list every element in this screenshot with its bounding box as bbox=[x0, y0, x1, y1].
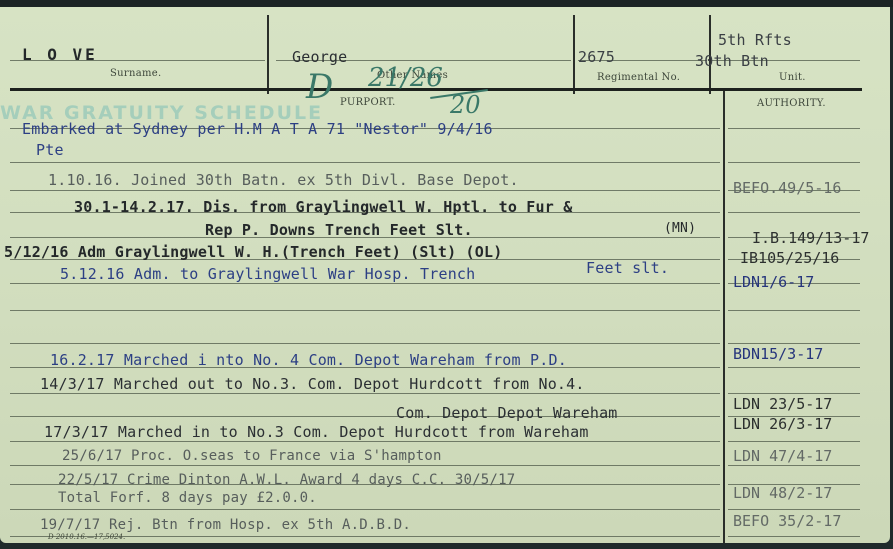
authority-row-rule bbox=[728, 465, 860, 466]
purport-text: Total Forf. 8 days pay £2.0.0. bbox=[58, 490, 317, 506]
purport-text: 16.2.17 Marched i nto No. 4 Com. Depot W… bbox=[50, 351, 567, 369]
authority-text: BEFO 35/2-17 bbox=[733, 512, 841, 530]
authority-row-rule bbox=[728, 128, 860, 129]
purport-row-rule bbox=[10, 343, 720, 344]
divider-surname bbox=[267, 15, 269, 94]
regimental-no-label: Regimental No. bbox=[597, 72, 680, 83]
unit-value-line2: 30th Btn bbox=[695, 52, 769, 70]
service-record-card: L O VE Surname. George Other Names 2675 … bbox=[0, 7, 890, 543]
authority-row-rule bbox=[728, 343, 860, 344]
purport-text: 17/3/17 Marched in to No.3 Com. Depot Hu… bbox=[44, 423, 589, 441]
authority-column-divider bbox=[723, 91, 725, 543]
form-code: D 2010.16.—17,5024. bbox=[48, 533, 125, 541]
authority-row-rule bbox=[728, 441, 860, 442]
purport-row-rule bbox=[10, 441, 720, 442]
purport-text: 1.10.16. Joined 30th Batn. ex 5th Divl. … bbox=[48, 171, 519, 189]
authority-text: LDN1/6-17 bbox=[733, 273, 814, 291]
authority-text: LDN 48/2-17 bbox=[733, 484, 832, 502]
handwritten-fraction-top: 21/26 bbox=[368, 63, 443, 93]
authority-row-rule bbox=[728, 509, 860, 510]
regimental-no-value: 2675 bbox=[578, 48, 615, 66]
purport-row-rule bbox=[10, 465, 720, 466]
handwritten-fraction-bottom: 20 bbox=[450, 91, 481, 119]
authority-row-rule bbox=[728, 162, 860, 163]
purport-row-rule bbox=[10, 310, 720, 311]
authority-text: LDN 23/5-17 bbox=[733, 395, 832, 413]
purport-text: 5.12.16 Adm. to Graylingwell War Hosp. T… bbox=[60, 265, 475, 283]
purport-extra-text: (MN) bbox=[664, 221, 696, 236]
authority-row-rule bbox=[728, 212, 860, 213]
purport-text: Embarked at Sydney per H.M A T A 71 "Nes… bbox=[22, 120, 493, 138]
purport-text: 5/12/16 Adm Graylingwell W. H.(Trench Fe… bbox=[4, 243, 502, 261]
handwritten-initial: D bbox=[306, 67, 333, 107]
purport-text: Rep P. Downs Trench Feet Slt. bbox=[205, 221, 473, 239]
purport-row-rule bbox=[10, 393, 720, 394]
surname-label: Surname. bbox=[110, 68, 161, 79]
unit-value-line1: 5th Rfts bbox=[718, 31, 792, 49]
purport-row-rule bbox=[10, 283, 720, 284]
purport-row-rule bbox=[10, 509, 720, 510]
divider-other-names bbox=[573, 15, 575, 94]
purport-text: 14/3/17 Marched out to No.3. Com. Depot … bbox=[40, 375, 585, 393]
authority-row-rule bbox=[728, 367, 860, 368]
purport-extra-text: Feet slt. bbox=[586, 259, 669, 277]
authority-text: IB105/25/16 bbox=[740, 249, 839, 267]
scan-top-edge bbox=[0, 0, 893, 7]
authority-text: LDN 47/4-17 bbox=[733, 447, 832, 465]
purport-row-rule bbox=[10, 162, 720, 163]
purport-text: Com. Depot Depot Wareham bbox=[396, 404, 618, 422]
authority-text: BDN15/3-17 bbox=[733, 345, 823, 363]
surname-value: L O VE bbox=[22, 45, 98, 64]
authority-row-rule bbox=[728, 310, 860, 311]
purport-text: 25/6/17 Proc. O.seas to France via S'ham… bbox=[62, 448, 442, 464]
authority-row-rule bbox=[728, 393, 860, 394]
purport-text: 19/7/17 Rej. Btn from Hosp. ex 5th A.D.B… bbox=[40, 517, 411, 533]
authority-heading: AUTHORITY. bbox=[757, 98, 826, 109]
authority-text: LDN 26/3-17 bbox=[733, 415, 832, 433]
purport-text: 22/5/17 Crime Dinton A.W.L. Award 4 days… bbox=[58, 472, 515, 488]
authority-row-rule bbox=[728, 536, 860, 537]
purport-text: 30.1-14.2.17. Dis. from Graylingwell W. … bbox=[74, 198, 572, 216]
purport-text: Pte bbox=[36, 141, 64, 159]
authority-text: I.B.149/13-17 bbox=[752, 229, 869, 247]
purport-heading: PURPORT. bbox=[340, 97, 396, 108]
unit-label: Unit. bbox=[779, 72, 806, 83]
other-names-value: George bbox=[292, 48, 347, 66]
authority-text: BEFO.49/5-16 bbox=[733, 179, 841, 197]
purport-row-rule bbox=[10, 190, 720, 191]
